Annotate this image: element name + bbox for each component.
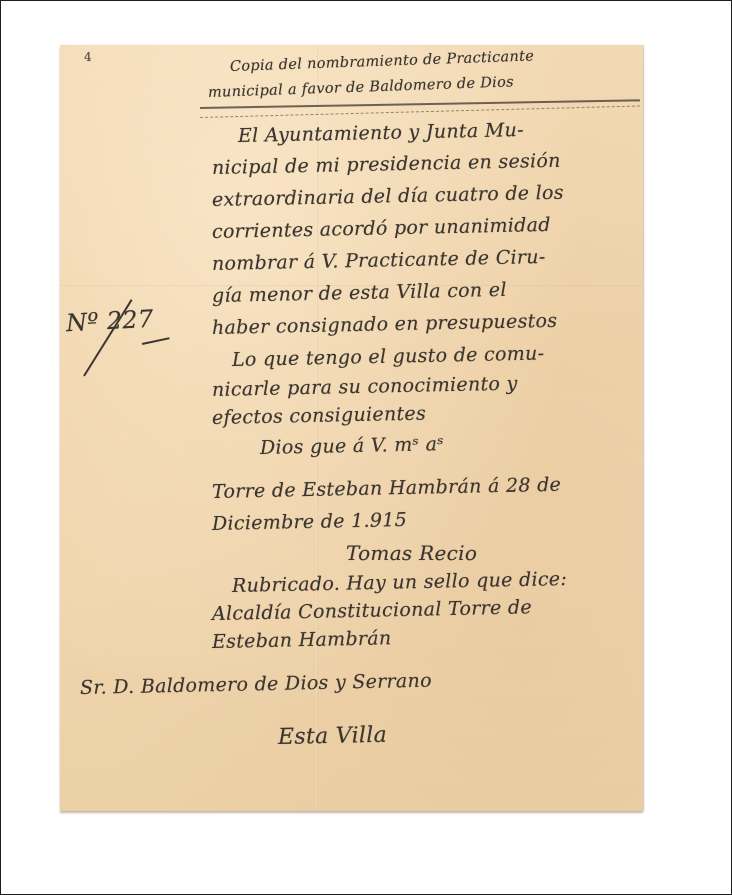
header-dashed-underline <box>200 105 640 118</box>
header-line-1: Copia del nombramiento de Practicante <box>230 48 535 75</box>
body-line: El Ayuntamiento y Junta Mu- <box>238 119 524 147</box>
stamp-note-line-1: Rubricado. Hay un sello que dice: <box>232 568 567 597</box>
body-line: corrientes acordó por unanimidad <box>212 214 551 243</box>
corner-page-mark: 4 <box>84 50 92 64</box>
stamp-note-line-2: Alcaldía Constitucional Torre de <box>212 596 532 625</box>
header-line-2: municipal a favor de Baldomero de Dios <box>208 74 514 101</box>
place-date-line-1: Torre de Esteban Hambrán á 28 de <box>212 474 562 503</box>
body-line: haber consignado en presupuestos <box>212 310 558 339</box>
body-line: nicarle para su conocimiento y <box>212 373 518 401</box>
body-line: efectos consiguientes <box>212 403 426 429</box>
body-line: nombrar á V. Practicante de Ciru- <box>212 246 546 275</box>
document-paper: 4 Copia del nombramiento de Practicante … <box>60 45 643 811</box>
body-line: Lo que tengo el gusto de comu- <box>232 342 545 371</box>
addressee-line: Sr. D. Baldomero de Dios y Serrano <box>80 670 432 699</box>
image-frame: 4 Copia del nombramiento de Practicante … <box>0 0 732 895</box>
margin-flourish-short <box>142 337 170 344</box>
body-line: nicipal de mi presidencia en sesión <box>212 150 561 179</box>
body-line: gía menor de esta Villa con el <box>212 279 507 307</box>
stamp-note-line-3: Esteban Hambrán <box>212 627 392 653</box>
closing-salutation: Dios gue á V. mˢ aˢ <box>260 433 444 459</box>
signature-name: Tomas Recio <box>346 541 477 565</box>
addressee-place: Esta Villa <box>278 723 388 750</box>
place-date-line-2: Diciembre de 1.915 <box>212 509 407 535</box>
body-line: extraordinaria del día cuatro de los <box>212 182 564 211</box>
